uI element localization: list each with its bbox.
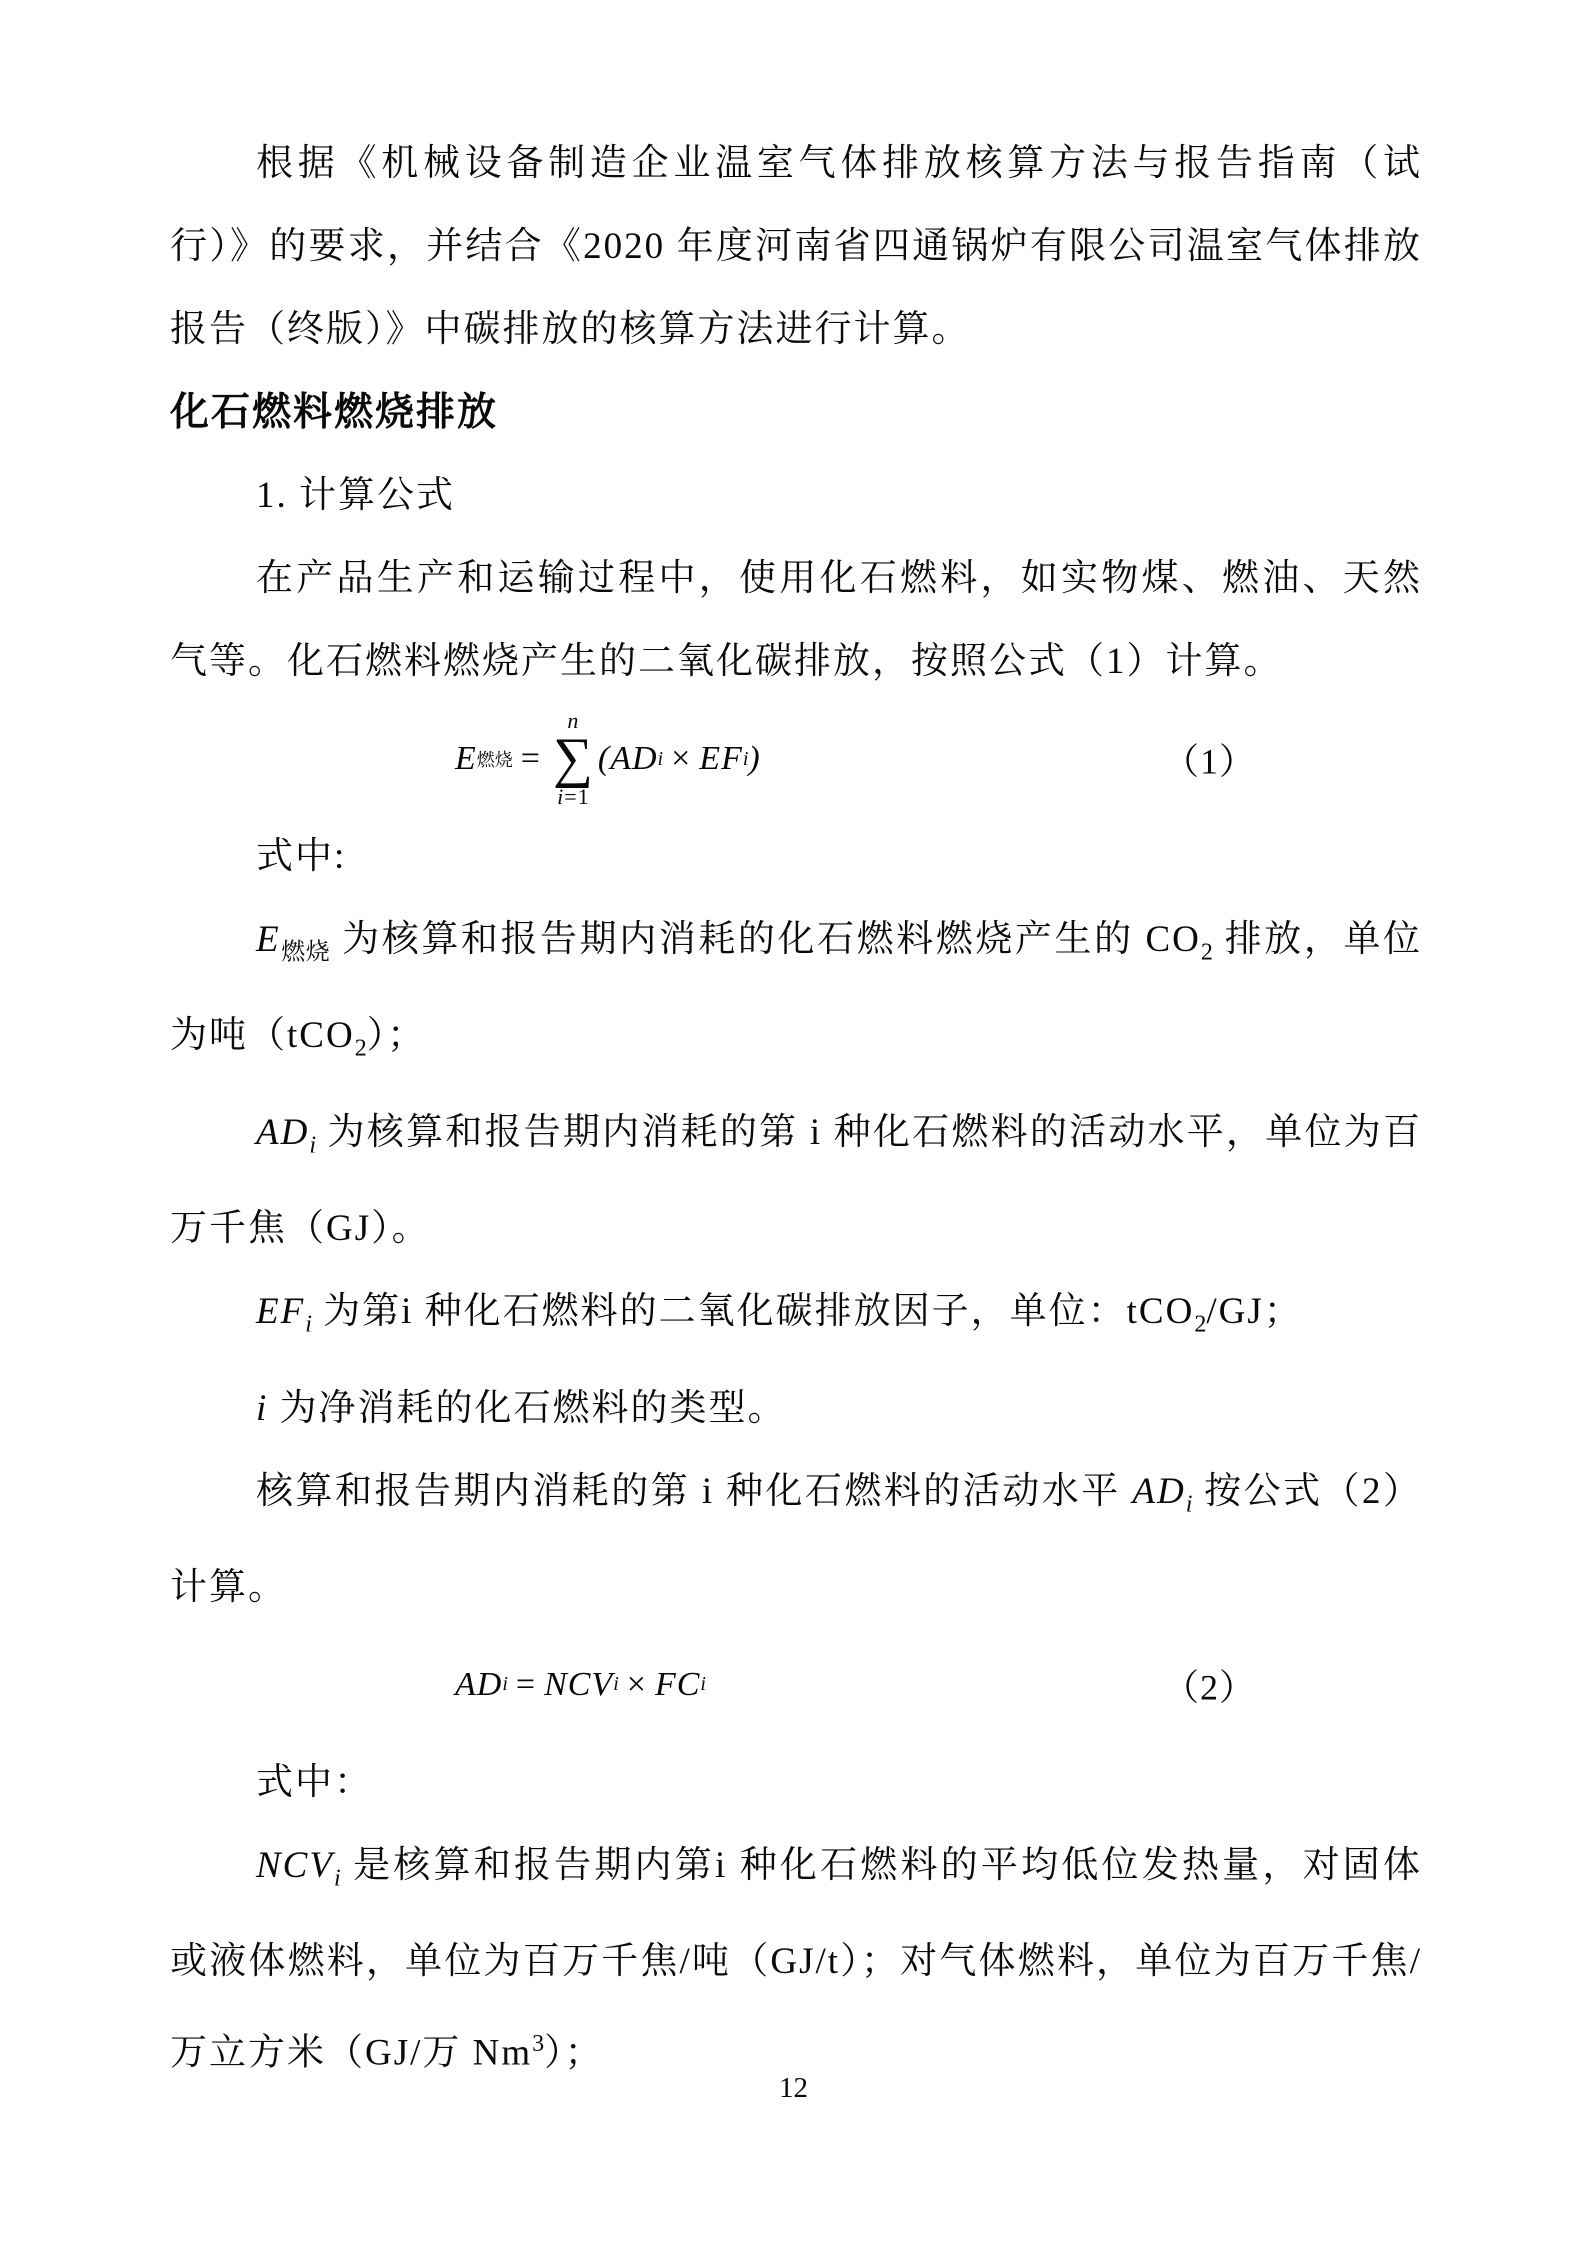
math-var-i: i xyxy=(256,1388,268,1429)
document-page: 根据《机械设备制造企业温室气体排放核算方法与报告指南（试行）》的要求，并结合《2… xyxy=(0,0,1587,2245)
definition-ncv: NCVi 是核算和报告期内第i 种化石燃料的平均低位发热量，对固体或液体燃料，单… xyxy=(170,1824,1422,2095)
paragraph-intro: 根据《机械设备制造企业温室气体排放核算方法与报告指南（试行）》的要求，并结合《2… xyxy=(170,122,1422,371)
equals-sign: = xyxy=(513,740,549,778)
equation-2-number: （2） xyxy=(1163,1659,1256,1710)
definition-text: 为核算和报告期内消耗的第 i 种化石燃料的活动水平，单位为百万千焦（GJ）。 xyxy=(170,1112,1422,1249)
math-subscript-combustion: 燃烧 xyxy=(477,746,513,772)
math-var-ef: EF xyxy=(256,1291,305,1332)
superscript-3: 3 xyxy=(532,2031,544,2057)
subscript-2: 2 xyxy=(1194,1312,1206,1338)
where-clause-text: 式中: xyxy=(256,836,346,877)
sigma-symbol: ∑ xyxy=(553,732,594,785)
math-var-ad: AD xyxy=(455,1666,502,1704)
math-var-ncv: NCV xyxy=(256,1845,334,1886)
multiply-sign: × xyxy=(619,1666,655,1704)
where-clause-2: 式中： xyxy=(170,1741,1422,1824)
math-subscript-combustion: 燃烧 xyxy=(281,939,331,965)
document-body: 根据《机械设备制造企业温室气体排放核算方法与报告指南（试行）》的要求，并结合《2… xyxy=(170,122,1422,2095)
definition-ef: EFi 为第i 种化石燃料的二氧化碳排放因子，单位：tCO2/GJ； xyxy=(170,1270,1422,1366)
definition-text: ）； xyxy=(367,1015,427,1056)
math-var-e: E xyxy=(455,740,477,778)
definition-text: ）； xyxy=(544,2033,604,2074)
math-var-e: E xyxy=(256,919,281,960)
lower-limit-value: =1 xyxy=(564,784,589,809)
subscript-2: 2 xyxy=(355,1036,367,1062)
section-heading-fossil-fuel: 化石燃料燃烧排放 xyxy=(170,371,1422,454)
definition-ad: ADi 为核算和报告期内消耗的第 i 种化石燃料的活动水平，单位为百万千焦（GJ… xyxy=(170,1091,1422,1270)
math-subscript-i: i xyxy=(309,1132,316,1158)
paragraph-text: 核算和报告期内消耗的第 i 种化石燃料的活动水平 xyxy=(256,1471,1132,1512)
paragraph-description: 在产品生产和运输过程中，使用化石燃料，如实物煤、燃油、天然气等。化石燃料燃烧产生… xyxy=(170,537,1422,703)
math-subscript-i: i xyxy=(700,1673,706,1696)
definition-i: i 为净消耗的化石燃料的类型。 xyxy=(170,1367,1422,1450)
definition-text: 为净消耗的化石燃料的类型。 xyxy=(268,1388,786,1429)
equation-1-expression: E燃烧=n∑i=1(ADi×EFi) xyxy=(455,710,761,807)
summation-lower-limit: i=1 xyxy=(557,786,590,808)
definition-text: 为核算和报告期内消耗的化石燃料燃烧产生的 CO xyxy=(330,919,1201,960)
list-item-text: 1. 计算公式 xyxy=(256,475,455,516)
list-item-calculation-formula: 1. 计算公式 xyxy=(170,454,1422,537)
equation-1: E燃烧=n∑i=1(ADi×EFi) （1） xyxy=(170,703,1422,815)
math-var-fc: FC xyxy=(655,1666,700,1704)
equation-2-expression: ADi=NCVi×FCi xyxy=(455,1666,706,1704)
summation: n∑i=1 xyxy=(553,710,594,807)
where-clause-1: 式中: xyxy=(170,815,1422,898)
open-paren: ( xyxy=(598,740,610,778)
multiply-sign: × xyxy=(663,740,699,778)
paragraph-description-text: 在产品生产和运输过程中，使用化石燃料，如实物煤、燃油、天然气等。化石燃料燃烧产生… xyxy=(170,558,1422,682)
math-var-ef: EF xyxy=(699,740,743,778)
definition-e-combustion: E燃烧 为核算和报告期内消耗的化石燃料燃烧产生的 CO2 排放，单位为吨（tCO… xyxy=(170,898,1422,1091)
equation-1-number: （1） xyxy=(1163,734,1256,785)
math-var-ad: AD xyxy=(610,740,657,778)
paragraph-intro-text: 根据《机械设备制造企业温室气体排放核算方法与报告指南（试行）》的要求，并结合《2… xyxy=(170,143,1422,350)
where-clause-text: 式中： xyxy=(256,1762,373,1803)
math-subscript-i: i xyxy=(305,1312,312,1338)
math-var-ad: AD xyxy=(1132,1471,1185,1512)
definition-text: 为第i 种化石燃料的二氧化碳排放因子，单位：tCO xyxy=(312,1291,1194,1332)
paragraph-ad-formula2: 核算和报告期内消耗的第 i 种化石燃料的活动水平 ADi 按公式（2）计算。 xyxy=(170,1450,1422,1629)
math-subscript-i: i xyxy=(334,1865,341,1891)
close-paren: ) xyxy=(748,740,760,778)
page-number: 12 xyxy=(0,2072,1587,2105)
math-var-ncv: NCV xyxy=(544,1666,613,1704)
equals-sign: = xyxy=(508,1666,544,1704)
equation-2: ADi=NCVi×FCi （2） xyxy=(170,1629,1422,1741)
definition-text: /GJ； xyxy=(1206,1291,1302,1332)
math-var-ad: AD xyxy=(256,1112,309,1153)
subscript-2: 2 xyxy=(1201,939,1213,965)
definition-text: 是核算和报告期内第i 种化石燃料的平均低位发热量，对固体或液体燃料，单位为百万千… xyxy=(170,1845,1422,2074)
